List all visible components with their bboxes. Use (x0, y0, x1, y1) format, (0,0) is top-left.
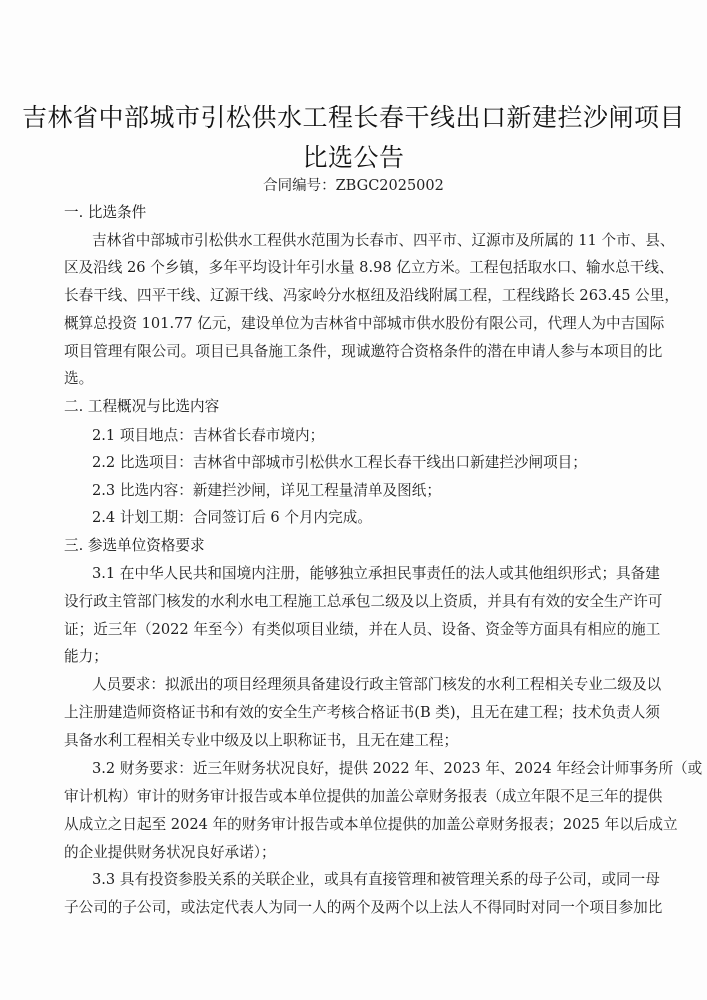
paragraph-line: 证；近三年（2022 年至今）有类似项目业绩，并在人员、设备、资金等方面具有相应… (64, 619, 644, 641)
paragraph-line: 人员要求：拟派出的项目经理须具备建设行政主管部门核发的水利工程相关专业二级及以 (92, 674, 644, 696)
paragraph-line: 长春干线、四平干线、辽源干线、冯家岭分水枢纽及沿线附属工程，工程线路长 263.… (64, 285, 644, 307)
paragraph-line: 3.2 财务要求：近三年财务状况良好，提供 2022 年、2023 年、2024… (92, 758, 644, 780)
section-heading-2: 二. 工程概况与比选内容 (64, 396, 219, 418)
list-item: 2.1 项目地点：吉林省长春市境内； (92, 425, 644, 447)
list-item: 2.3 比选内容：新建拦沙闸，详见工程量清单及图纸； (92, 480, 644, 502)
paragraph-line: 项目管理有限公司。项目已具备施工条件，现诚邀符合资格条件的潜在申请人参与本项目的… (64, 341, 644, 363)
contract-number: 合同编号：ZBGC2025002 (0, 174, 707, 195)
list-item: 2.2 比选项目：吉林省中部城市引松供水工程长春干线出口新建拦沙闸项目； (92, 452, 644, 474)
paragraph-line: 设行政主管部门核发的水利水电工程施工总承包二级及以上资质，并具有有效的安全生产许… (64, 591, 644, 613)
paragraph-line: 的企业提供财务状况良好承诺）； (64, 842, 644, 864)
paragraph-line: 从成立之日起至 2024 年的财务审计报告或本单位提供的加盖公章财务报表；202… (64, 814, 644, 836)
paragraph-line: 能力； (64, 646, 644, 668)
paragraph-line: 区及沿线 26 个乡镇，多年平均设计年引水量 8.98 亿立方米。工程包括取水口… (64, 257, 644, 279)
paragraph-line: 3.3 具有投资参股关系的关联企业，或具有直接管理和被管理关系的母子公司，或同一… (92, 869, 644, 891)
list-item: 2.4 计划工期：合同签订后 6 个月内完成。 (92, 507, 644, 529)
paragraph-line: 子公司的子公司，或法定代表人为同一人的两个及两个以上法人不得同时对同一个项目参加… (64, 897, 644, 919)
paragraph-line: 概算总投资 101.77 亿元，建设单位为吉林省中部城市供水股份有限公司，代理人… (64, 313, 644, 335)
paragraph-line: 吉林省中部城市引松供水工程供水范围为长春市、四平市、辽源市及所属的 11 个市、… (92, 230, 644, 252)
section-heading-3: 三. 参选单位资格要求 (64, 535, 205, 557)
document-subtitle: 比选公告 (0, 138, 707, 174)
document-page: 吉林省中部城市引松供水工程长春干线出口新建拦沙闸项目 比选公告 合同编号：ZBG… (0, 0, 707, 1000)
paragraph-line: 3.1 在中华人民共和国境内注册，能够独立承担民事责任的法人或其他组织形式；具备… (92, 563, 644, 585)
paragraph-line: 具备水利工程相关专业中级及以上职称证书，且无在建工程； (64, 730, 644, 752)
paragraph-line: 上注册建造师资格证书和有效的安全生产考核合格证书(B 类)，且无在建工程；技术负… (64, 702, 644, 724)
paragraph-line: 审计机构）审计的财务审计报告或本单位提供的加盖公章财务报表（成立年限不足三年的提… (64, 786, 644, 808)
paragraph-line: 选。 (64, 368, 644, 390)
section-heading-1: 一. 比选条件 (64, 202, 146, 224)
document-title: 吉林省中部城市引松供水工程长春干线出口新建拦沙闸项目 (0, 98, 707, 134)
